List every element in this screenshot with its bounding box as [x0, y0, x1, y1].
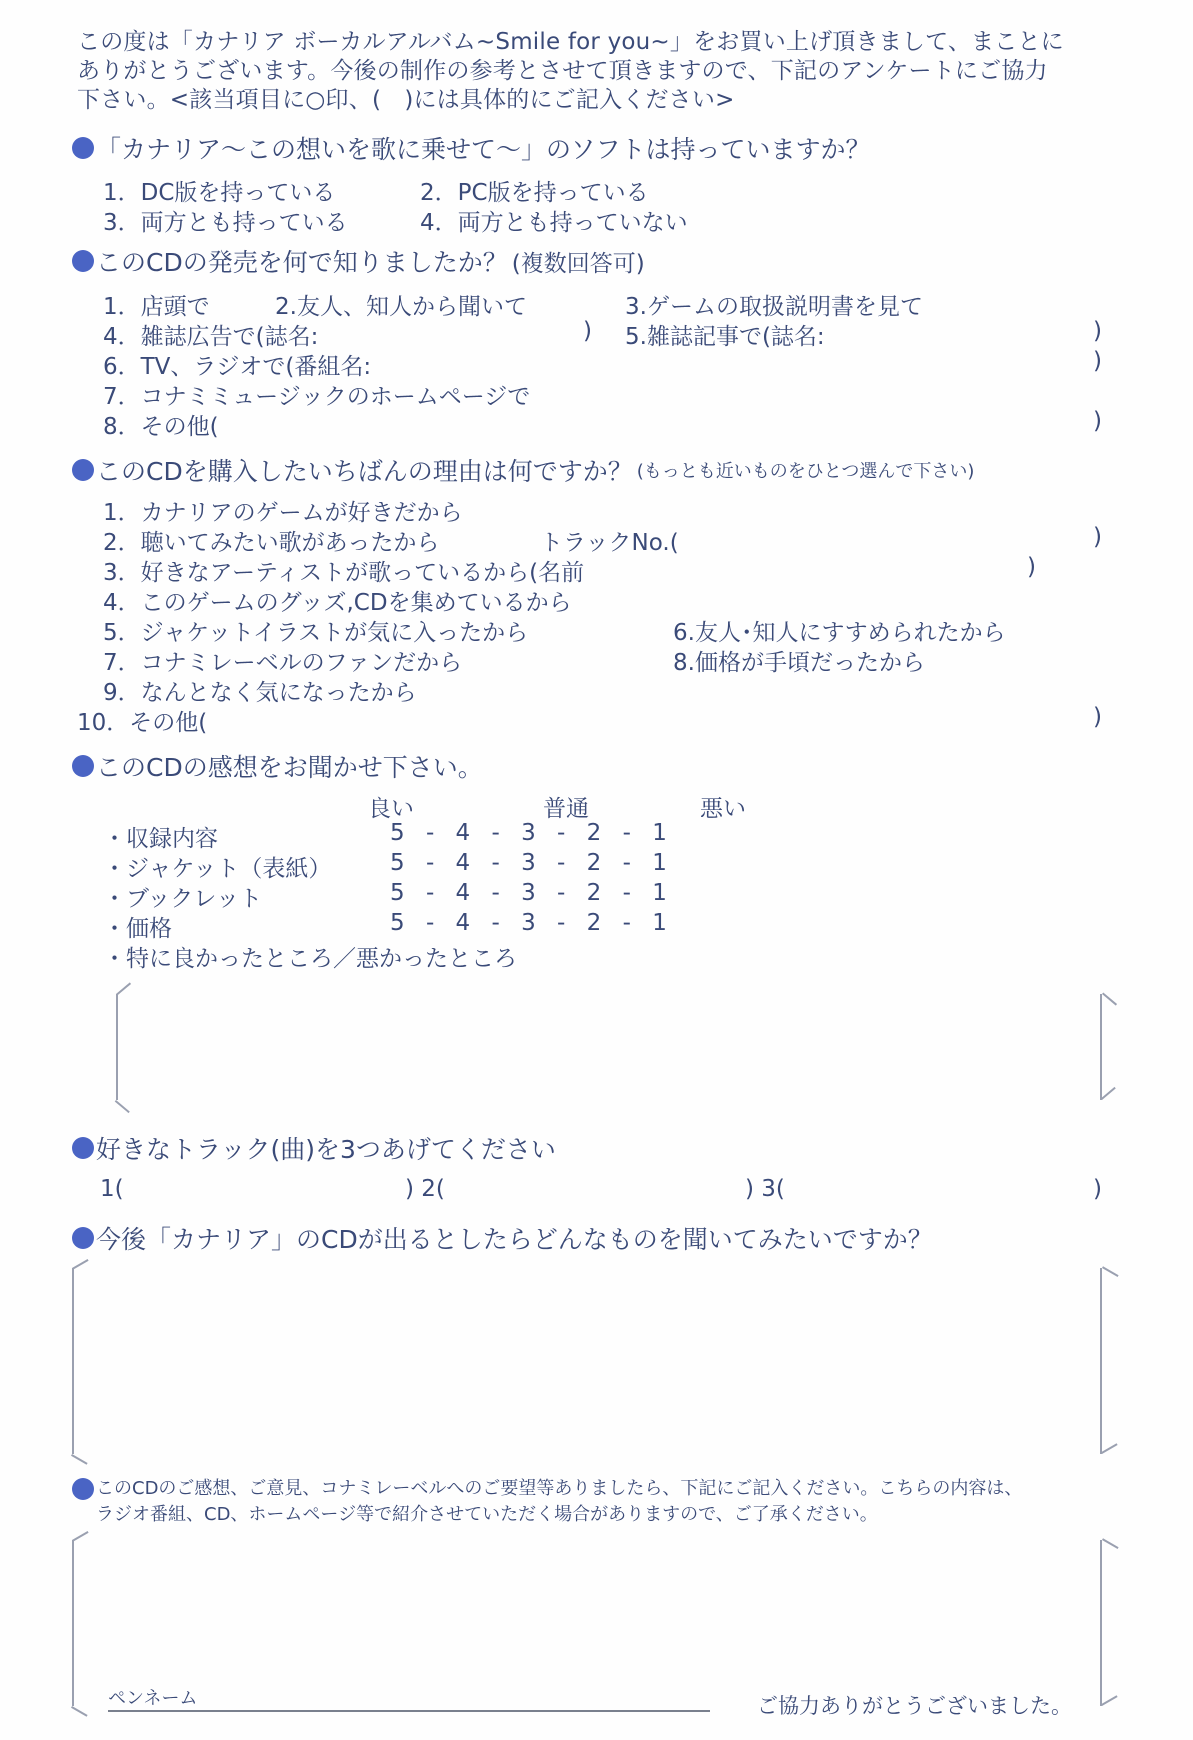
rating-row-label: ・ブックレット	[103, 880, 262, 913]
intro-line-1: この度は「カナリア ボーカルアルバム~Smile for you~」をお買い上げ…	[77, 28, 1064, 57]
bracket-corner	[1102, 1538, 1119, 1549]
rating-scale[interactable]: 5 - 4 - 3 - 2 - 1	[390, 850, 667, 876]
question-7-title: このCDのご感想、ご意見、コナミレーベルへのご要望等ありましたら、下記にご記入く…	[72, 1476, 1022, 1528]
comment-label: ・特に良かったところ／悪かったところ	[103, 940, 517, 973]
q3-option-3[interactable]: 3．好きなアーティストが歌っているから(名前	[103, 554, 584, 587]
q1-option-3[interactable]: 3．両方とも持っている	[103, 204, 348, 237]
q3-option-2[interactable]: 2．聴いてみたい歌があったから	[103, 524, 439, 557]
bracket-left	[116, 994, 118, 1100]
rating-scale[interactable]: 5 - 4 - 3 - 2 - 1	[390, 910, 667, 936]
q1-option-4[interactable]: 4．両方とも持っていない	[420, 204, 688, 237]
rating-scale[interactable]: 5 - 4 - 3 - 2 - 1	[390, 880, 667, 906]
q3-option-3-close: )	[1027, 554, 1036, 580]
bracket-left	[72, 1540, 74, 1706]
bullet-icon	[72, 1478, 94, 1500]
rating-row-label: ・ジャケット（表紙）	[103, 850, 331, 883]
bracket-corner	[116, 982, 131, 995]
track-slot-2[interactable]: ) 2(	[405, 1176, 445, 1202]
q2-option-1[interactable]: 1．店頭で	[103, 288, 210, 321]
bracket-right	[1100, 994, 1102, 1100]
bracket-corner	[72, 1531, 89, 1542]
penname-label: ペンネーム	[108, 1684, 197, 1710]
bullet-icon	[72, 1227, 94, 1249]
q2-option-5-close: )	[1093, 318, 1102, 344]
question-6-title: 今後「カナリア」のCDが出るとしたらどんなものを聞いてみたいですか？	[72, 1220, 933, 1256]
bullet-icon	[72, 250, 94, 272]
comment-write-area[interactable]	[116, 984, 1102, 1110]
scale-label-good: 良い	[368, 790, 414, 823]
q2-option-3[interactable]: 3.ゲームの取扱説明書を見て	[625, 288, 923, 321]
bracket-corner	[72, 1259, 89, 1270]
q2-option-2[interactable]: 2.友人、知人から聞いて	[275, 288, 527, 321]
future-cd-write-area[interactable]	[72, 1258, 1102, 1464]
bracket-corner	[115, 1100, 130, 1113]
q3-track-no-close: )	[1093, 524, 1102, 550]
q2-option-5[interactable]: 5.雑誌記事で(誌名:	[625, 318, 825, 351]
rating-scale[interactable]: 5 - 4 - 3 - 2 - 1	[390, 820, 667, 846]
scale-label-average: 普通	[543, 790, 589, 823]
penname-input-line[interactable]	[108, 1710, 710, 1712]
bracket-corner	[1102, 1266, 1119, 1277]
bullet-icon	[72, 755, 94, 777]
bracket-corner	[1101, 1443, 1118, 1454]
track-slot-3[interactable]: ) 3(	[745, 1176, 785, 1202]
q2-option-6-close: )	[1093, 348, 1102, 374]
q3-option-8[interactable]: 8.価格が手頃だったから	[673, 644, 925, 677]
q3-option-6[interactable]: 6.友人･知人にすすめられたから	[673, 614, 1006, 647]
track-slot-close: )	[1093, 1176, 1102, 1202]
q3-option-7[interactable]: 7．コナミレーベルのファンだから	[103, 644, 462, 677]
q2-option-4[interactable]: 4．雑誌広告で(誌名:	[103, 318, 318, 351]
intro-text: この度は「カナリア ボーカルアルバム~Smile for you~」をお買い上げ…	[77, 28, 1064, 115]
bracket-corner	[1101, 1695, 1118, 1706]
question-4-title: このCDの感想をお聞かせ下さい。	[72, 748, 483, 784]
q2-option-8-close: )	[1093, 408, 1102, 434]
track-slot-1[interactable]: 1(	[100, 1176, 124, 1202]
bullet-icon	[72, 1137, 94, 1159]
q3-option-10[interactable]: 10．その他(	[77, 704, 207, 737]
q3-track-no[interactable]: トラックNo.(	[540, 524, 679, 557]
q2-option-7[interactable]: 7．コナミミュージックのホームページで	[103, 378, 530, 411]
question-2-title: このCDの発売を何で知りましたか？ (複数回答可)	[72, 243, 645, 279]
feedback-write-area[interactable]	[72, 1530, 1102, 1716]
rating-row-label: ・価格	[103, 910, 172, 943]
q7-line-2: ラジオ番組、CD、ホームページ等で紹介させていただく場合がありますので、ご了承く…	[96, 1502, 1022, 1528]
q2-option-4-close: )	[583, 318, 592, 344]
bullet-icon	[72, 137, 94, 159]
bullet-icon	[72, 459, 94, 481]
q1-option-1[interactable]: 1．DC版を持っている	[103, 174, 335, 207]
q3-option-10-close: )	[1093, 704, 1102, 730]
bracket-corner	[1101, 1087, 1116, 1100]
q7-line-1: このCDのご感想、ご意見、コナミレーベルへのご要望等ありましたら、下記にご記入く…	[96, 1476, 1022, 1502]
q3-option-9[interactable]: 9．なんとなく気になったから	[103, 674, 417, 707]
question-3-title: このCDを購入したいちばんの理由は何ですか？ (もっとも近いものをひとつ選んで下…	[72, 452, 974, 488]
bracket-left	[72, 1268, 74, 1454]
intro-line-2: ありがとうございます。今後の制作の参考とさせて頂きますので、下記のアンケートにご…	[77, 57, 1064, 86]
bracket-corner	[71, 1706, 88, 1717]
question-5-title: 好きなトラック(曲)を3つあげてください	[72, 1130, 556, 1166]
question-1-title: 「カナリア～この想いを歌に乗せて～」のソフトは持っていますか？	[72, 130, 871, 166]
bracket-right	[1100, 1540, 1102, 1706]
q3-option-4[interactable]: 4．このゲームのグッズ,CDを集めているから	[103, 584, 572, 617]
q3-option-1[interactable]: 1．カナリアのゲームが好きだから	[103, 494, 463, 527]
bracket-corner	[71, 1454, 88, 1465]
q1-option-2[interactable]: 2．PC版を持っている	[420, 174, 649, 207]
intro-line-3: 下さい。<該当項目に○印、( )には具体的にご記入ください>	[77, 86, 1064, 115]
q2-option-8[interactable]: 8．その他(	[103, 408, 219, 441]
q3-option-5[interactable]: 5．ジャケットイラストが気に入ったから	[103, 614, 528, 647]
bracket-right	[1100, 1268, 1102, 1454]
thanks-text: ご協力ありがとうございました。	[757, 1690, 1072, 1720]
q2-option-6[interactable]: 6．TV、ラジオで(番組名:	[103, 348, 371, 381]
bracket-corner	[1102, 992, 1117, 1005]
scale-label-bad: 悪い	[700, 790, 746, 823]
rating-row-label: ・収録内容	[103, 820, 218, 853]
